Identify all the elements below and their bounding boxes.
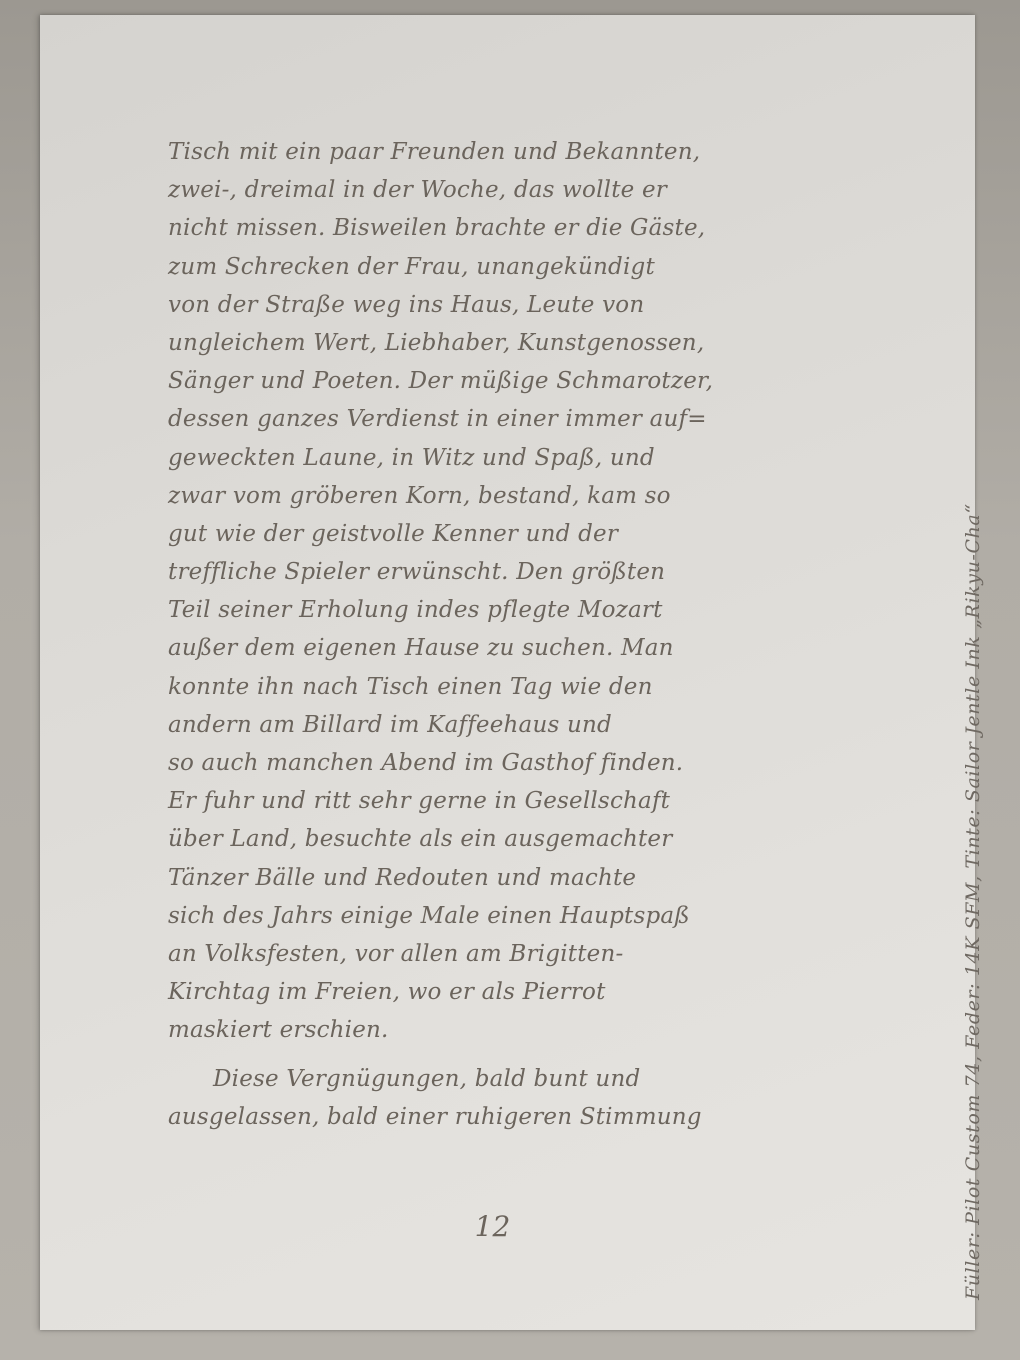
- text-line: gut wie der geistvolle Kenner und der: [168, 515, 888, 553]
- page-number: 12: [40, 1210, 975, 1243]
- text-line: sich des Jahrs einige Male einen Hauptsp…: [168, 897, 888, 935]
- text-line: Teil seiner Erholung indes pflegte Mozar…: [168, 591, 888, 629]
- text-line: ausgelassen, bald einer ruhigeren Stimmu…: [168, 1098, 888, 1136]
- text-line: zum Schrecken der Frau, unangekündigt: [168, 248, 888, 286]
- text-line: von der Straße weg ins Haus, Leute von: [168, 286, 888, 324]
- text-line: Tisch mit ein paar Freunden und Bekannte…: [168, 133, 888, 171]
- text-line: ungleichem Wert, Liebhaber, Kunstgenosse…: [168, 324, 888, 362]
- paragraph-start-line: Diese Vergnügungen, bald bunt und: [168, 1060, 888, 1098]
- text-line: zwar vom gröberen Korn, bestand, kam so: [168, 477, 888, 515]
- text-line: Kirchtag im Freien, wo er als Pierrot: [168, 973, 888, 1011]
- text-line: Sänger und Poeten. Der müßige Schmarotze…: [168, 362, 888, 400]
- manuscript-body: Tisch mit ein paar Freunden und Bekannte…: [168, 133, 888, 1136]
- text-line: zwei-, dreimal in der Woche, das wollte …: [168, 171, 888, 209]
- text-line: nicht missen. Bisweilen brachte er die G…: [168, 209, 888, 247]
- text-line: Er fuhr und ritt sehr gerne in Gesellsch…: [168, 782, 888, 820]
- text-line: außer dem eigenen Hause zu suchen. Man: [168, 629, 888, 667]
- handwritten-page: Tisch mit ein paar Freunden und Bekannte…: [40, 15, 975, 1330]
- text-line: über Land, besuchte als ein ausgemachter: [168, 820, 888, 858]
- pen-ink-side-note: Füller: Pilot Custom 74, Feder: 14K SFM,…: [962, 503, 984, 1300]
- text-line: so auch manchen Abend im Gasthof finden.: [168, 744, 888, 782]
- text-line: dessen ganzes Verdienst in einer immer a…: [168, 400, 888, 438]
- text-line: geweckten Laune, in Witz und Spaß, und: [168, 439, 888, 477]
- text-line: andern am Billard im Kaffeehaus und: [168, 706, 888, 744]
- text-line: konnte ihn nach Tisch einen Tag wie den: [168, 668, 888, 706]
- text-line: treffliche Spieler erwünscht. Den größte…: [168, 553, 888, 591]
- text-line: an Volksfesten, vor allen am Brigitten-: [168, 935, 888, 973]
- text-line: Tänzer Bälle und Redouten und machte: [168, 859, 888, 897]
- text-line: maskiert erschien.: [168, 1011, 888, 1049]
